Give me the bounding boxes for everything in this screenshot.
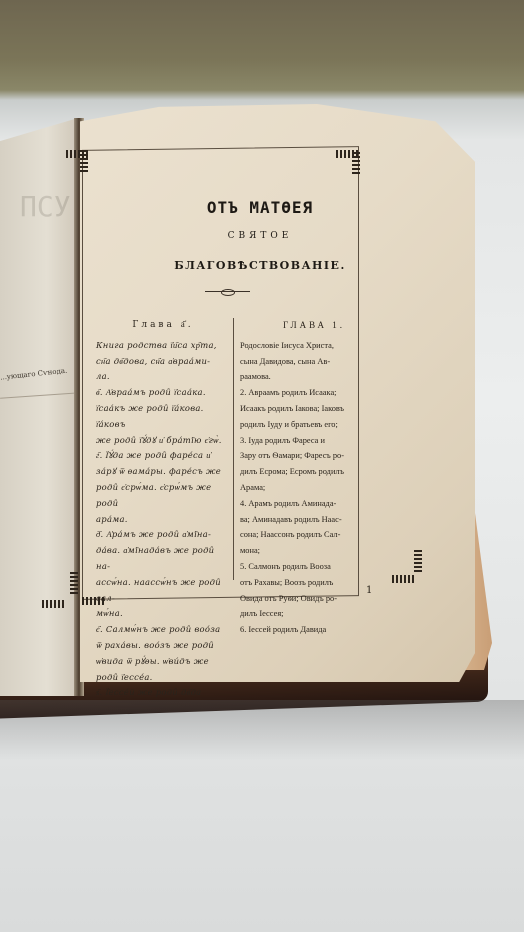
russian-line: родилъ Іуду и братьевъ его; xyxy=(240,417,388,433)
slavonic-line: ѡ҆вида ѿ рꙋ́ѳы. ѡ҆ви́дъ же xyxy=(96,654,230,670)
slavonic-line: мѡ́на. xyxy=(96,606,230,622)
russian-line: сона; Наассонъ родилъ Сал- xyxy=(240,527,388,543)
title-flourish-icon xyxy=(205,291,250,296)
russian-line: дилъ Есрома; Есромъ родилъ xyxy=(240,464,388,480)
slavonic-line: ѕ҃. Ї҆ессе́й же роди̑ дв҃да xyxy=(96,685,230,701)
russian-line: 5. Салмонъ родилъ Вооза xyxy=(240,559,388,575)
corner-ornament-icon xyxy=(70,572,78,596)
corner-ornament-icon xyxy=(414,550,422,574)
slavonic-line: Книга родства ї҆и҃са хр҃та, xyxy=(96,338,230,354)
russian-line: Исаакъ родилъ Іакова; Іаковъ xyxy=(240,401,388,417)
title-line-3: БЛАГОВѢСТВОВАНІЕ. xyxy=(160,259,360,272)
slavonic-line: же роди̑ ї҆ꙋ́дꙋ и҆ бра́тїю є҆гѡ̀. xyxy=(96,433,230,449)
russian-line: 6. Іессей родилъ Давида xyxy=(240,622,388,638)
title-line-1: ОТЪ МАТѲЕЯ xyxy=(160,198,360,217)
russian-line: раамова. xyxy=(240,369,388,385)
page-number: 1 xyxy=(366,585,372,596)
russian-line: дилъ Іессея; xyxy=(240,606,388,622)
russian-line: 4. Арамъ родилъ Аминада- xyxy=(240,496,388,512)
slavonic-line: ла. xyxy=(96,369,230,385)
russian-line: 3. Іуда родилъ Фареса и xyxy=(240,433,388,449)
slavonic-line: роди̑ є҆срѡ́ма. є҆срѡ́мъ же роди̑ xyxy=(96,480,230,512)
russian-line: 2. Авраамъ родилъ Исаака; xyxy=(240,385,388,401)
title-line-2: СВЯТОЕ xyxy=(160,231,360,241)
slavonic-line: в҃. А҆враа́мъ роди̑ ї҆саа́ка. xyxy=(96,385,230,401)
russian-line: ва; Аминадавъ родилъ Наас- xyxy=(240,512,388,528)
russian-line: мона; xyxy=(240,543,388,559)
column-divider xyxy=(233,318,234,580)
slavonic-line: ара́ма. xyxy=(96,512,230,528)
russian-heading: ГЛАВА 1. xyxy=(240,318,388,334)
russian-line: Родословіе Іисуса Христа, xyxy=(240,338,388,354)
slavonic-heading: Глава а҃. xyxy=(96,318,230,334)
slavonic-line: ї҆саа́къ же роди̑ ї҆а́кова. ї҆а́ковъ xyxy=(96,401,230,433)
slavonic-line: за́рꙋ ѿ ѳама́ры. фаре́съ же xyxy=(96,464,230,480)
russian-line: сына Давидова, сына Ав- xyxy=(240,354,388,370)
corner-ornament-icon xyxy=(80,150,88,174)
book-photo: ПСУ ...ующаго Сѵнода. ОТЪ МАТѲЕЯ СВЯТОЕ … xyxy=(0,0,524,932)
slavonic-line: сн҃а дв҃дова, сн҃а а҆враа́ми- xyxy=(96,354,230,370)
corner-ornament-icon xyxy=(42,600,66,608)
russian-line: Арама; xyxy=(240,480,388,496)
russian-line: Зару отъ Ѳамари; Фаресъ ро- xyxy=(240,448,388,464)
book-shadow xyxy=(0,700,524,760)
slavonic-line: є҃. Салмѡ́нъ же роди̑ воо́за xyxy=(96,622,230,638)
slavonic-line: ѿ раха́вы. воо́зъ же роди̑ xyxy=(96,638,230,654)
slavonic-line: д҃. А҆ра́мъ же роди̑ а҆мїна- xyxy=(96,527,230,543)
corner-ornament-icon xyxy=(352,152,360,176)
slavonic-line: ассѡ́на. наассѡ́нъ же роди̑ сал- xyxy=(96,575,230,607)
slavonic-line: роди̑ ї҆ессе́а. xyxy=(96,670,230,686)
slavonic-line: г҃. Ї҆ꙋ́да же роди̑ фаре́са и҆ xyxy=(96,448,230,464)
slavonic-line: да́ва. а҆мїнада́въ же роди̑ на- xyxy=(96,543,230,575)
corner-ornament-icon xyxy=(392,575,416,583)
left-page-ghost-title: ПСУ xyxy=(20,190,71,223)
slavonic-column: Глава а҃. Книга родства ї҆и҃са хр҃та, сн… xyxy=(96,318,230,701)
